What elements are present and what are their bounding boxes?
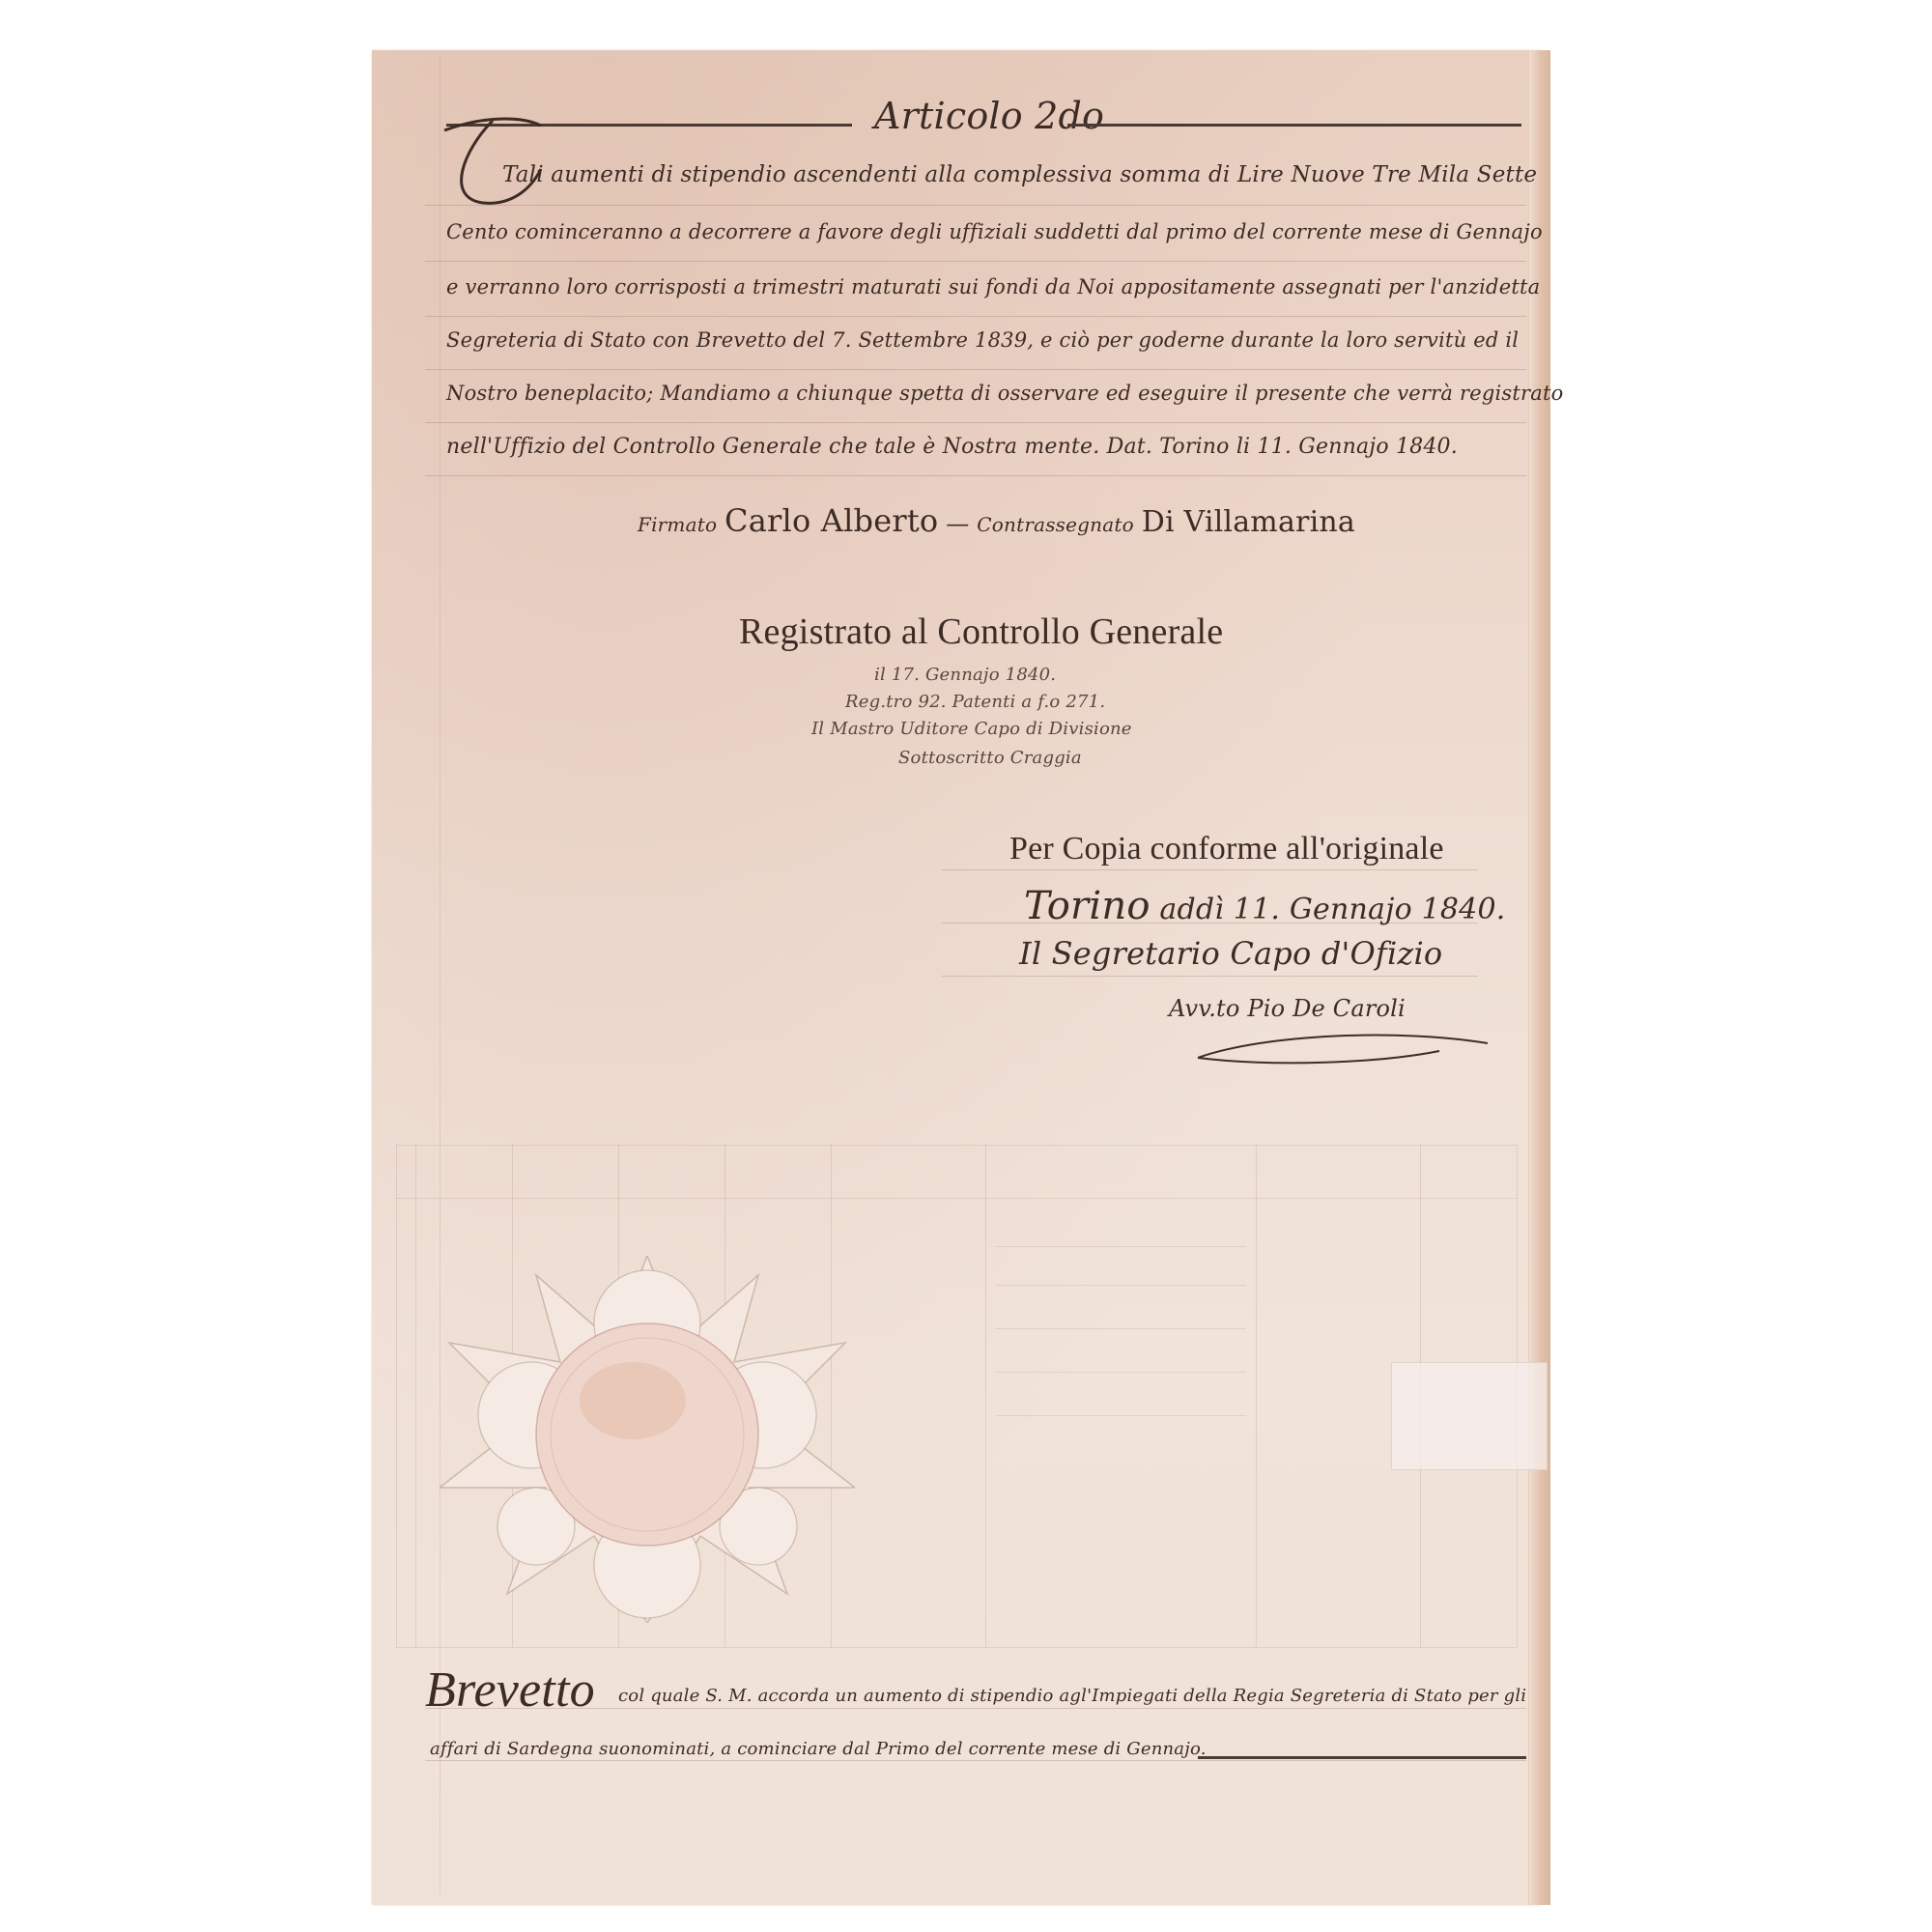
brevetto-title: Brevetto bbox=[425, 1662, 595, 1719]
body-line-4: Segreteria di Stato con Brevetto del 7. … bbox=[446, 328, 1519, 352]
certification-date: addì 11. Gennajo 1840. bbox=[1159, 893, 1505, 926]
brevetto-line-1: col quale S. M. accorda un aumento di st… bbox=[618, 1686, 1526, 1706]
contro-label: Contrassegnato bbox=[977, 513, 1134, 536]
body-line-2: Cento cominceranno a decorrere a favore … bbox=[446, 220, 1543, 243]
brevetto-line-2: affari di Sardegna suonominati, a cominc… bbox=[430, 1739, 1207, 1759]
certification-line-3: Il Segretario Capo d'Ofizio bbox=[1019, 935, 1442, 972]
registration-register: Reg.tro 92. Patenti a f.o 271. bbox=[845, 692, 1105, 712]
certification-signature: Avv.to Pio De Caroli bbox=[1169, 995, 1406, 1022]
body-line-6: nell'Uffizio del Controllo Generale che … bbox=[446, 435, 1458, 459]
registration-officer: Il Mastro Uditore Capo di Divisione bbox=[811, 719, 1132, 739]
ruled-line bbox=[425, 1760, 1526, 1761]
brevetto-end-rule bbox=[1198, 1756, 1526, 1759]
certification-line-2: Torino addì 11. Gennajo 1840. bbox=[1024, 884, 1505, 928]
registration-date: il 17. Gennajo 1840. bbox=[874, 665, 1056, 685]
firmato-label: Firmato bbox=[638, 513, 717, 536]
ruled-line bbox=[425, 261, 1526, 262]
body-line-1: Tali aumenti di stipendio ascendenti all… bbox=[502, 162, 1537, 187]
firmato-name: Carlo Alberto bbox=[724, 502, 938, 539]
signature-separator: — bbox=[946, 510, 969, 537]
page-binding-edge bbox=[1528, 50, 1550, 1905]
body-line-5: Nostro beneplacito; Mandiamo a chiunque … bbox=[446, 382, 1563, 405]
signature-line: Firmato Carlo Alberto — Contrassegnato D… bbox=[638, 502, 1355, 539]
ruled-line bbox=[425, 316, 1526, 317]
certification-line-1: Per Copia conforme all'originale bbox=[1009, 831, 1444, 867]
contro-name: Di Villamarina bbox=[1142, 505, 1355, 539]
embossed-seal-icon bbox=[440, 1256, 855, 1623]
ruled-line bbox=[425, 369, 1526, 370]
ruled-line bbox=[425, 475, 1526, 476]
ruled-line bbox=[425, 205, 1526, 206]
registration-title: Registrato al Controllo Generale bbox=[739, 611, 1223, 653]
adhesive-tape-strip bbox=[1391, 1362, 1548, 1470]
heading-rule-right bbox=[1067, 124, 1521, 127]
certification-city: Torino bbox=[1024, 884, 1151, 928]
heading-rule-left bbox=[446, 124, 852, 127]
ruled-line bbox=[942, 869, 1478, 870]
registration-signed: Sottoscritto Craggia bbox=[898, 748, 1082, 768]
ruled-line bbox=[425, 422, 1526, 423]
ruled-line bbox=[942, 976, 1478, 977]
body-line-3: e verranno loro corrisposti a trimestri … bbox=[446, 275, 1540, 298]
article-heading: Articolo 2do bbox=[874, 95, 1104, 137]
